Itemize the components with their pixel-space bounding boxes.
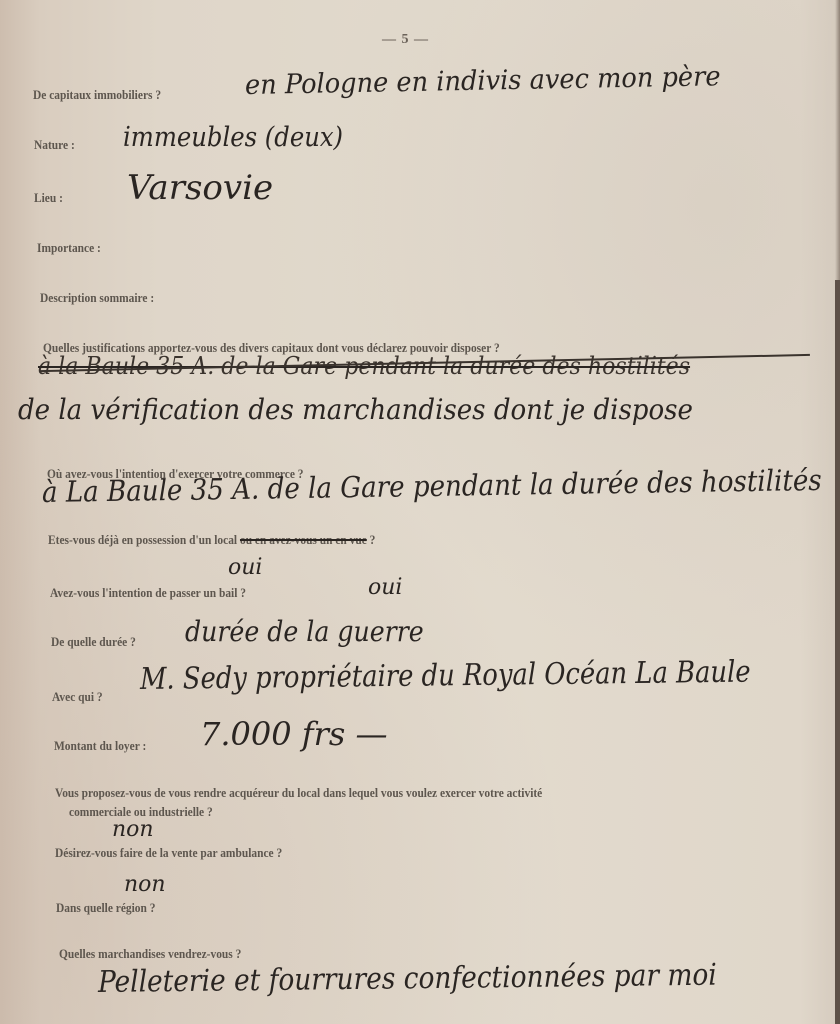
label-region: Dans quelle région ? — [56, 900, 155, 916]
label-bail: Avez-vous l'intention de passer un bail … — [50, 585, 246, 601]
answer-nature: immeubles (deux) — [123, 122, 343, 153]
label-marchandises: Quelles marchandises vendrez-vous ? — [59, 946, 241, 962]
answer-ambulance: non — [124, 872, 166, 897]
label-possession-local-struck: ou en avez-vous un en vue — [240, 532, 367, 547]
label-possession-local-end: ? — [370, 532, 376, 547]
label-duree: De quelle durée ? — [51, 634, 136, 650]
label-lieu: Lieu : — [34, 190, 63, 206]
label-ambulance: Désirez-vous faire de la vente par ambul… — [55, 845, 282, 861]
label-importance: Importance : — [37, 240, 101, 256]
answer-avec-qui: M. Sedy propriétaire du Royal Océan La B… — [140, 655, 751, 697]
label-description-sommaire: Description sommaire : — [40, 290, 154, 306]
answer-justifications: de la vérification des marchandises dont… — [18, 393, 693, 426]
label-nature: Nature : — [34, 137, 75, 153]
page-edge — [835, 280, 840, 1024]
label-montant-loyer: Montant du loyer : — [54, 738, 146, 754]
answer-acquereur: non — [112, 817, 154, 842]
answer-possession-local: oui — [228, 555, 262, 580]
answer-lieu: Varsovie — [127, 168, 273, 208]
paper-shading — [0, 0, 840, 1024]
label-possession-local-text: Etes-vous déjà en possession d'un local — [48, 532, 237, 547]
label-capitaux-immobiliers: De capitaux immobiliers ? — [33, 87, 161, 103]
page-number: — 5 — — [382, 32, 429, 48]
label-avec-qui: Avec qui ? — [52, 689, 103, 705]
answer-marchandises: Pelleterie et fourrures confectionnées p… — [98, 958, 717, 1000]
answer-montant-loyer: 7.000 frs — — [200, 715, 388, 753]
answer-bail: oui — [368, 575, 402, 600]
answer-duree: durée de la guerre — [185, 615, 424, 648]
answer-justifications-struck: à la Baule 35 A. de la Gare pendant la d… — [38, 352, 690, 380]
answer-capitaux-immobiliers: en Pologne en indivis avec mon père — [245, 61, 721, 101]
label-possession-local: Etes-vous déjà en possession d'un local … — [48, 532, 375, 548]
label-acquereur: Vous proposez-vous de vous rendre acquér… — [55, 785, 542, 801]
form-page: — 5 — De capitaux immobiliers ? en Polog… — [0, 0, 840, 1024]
